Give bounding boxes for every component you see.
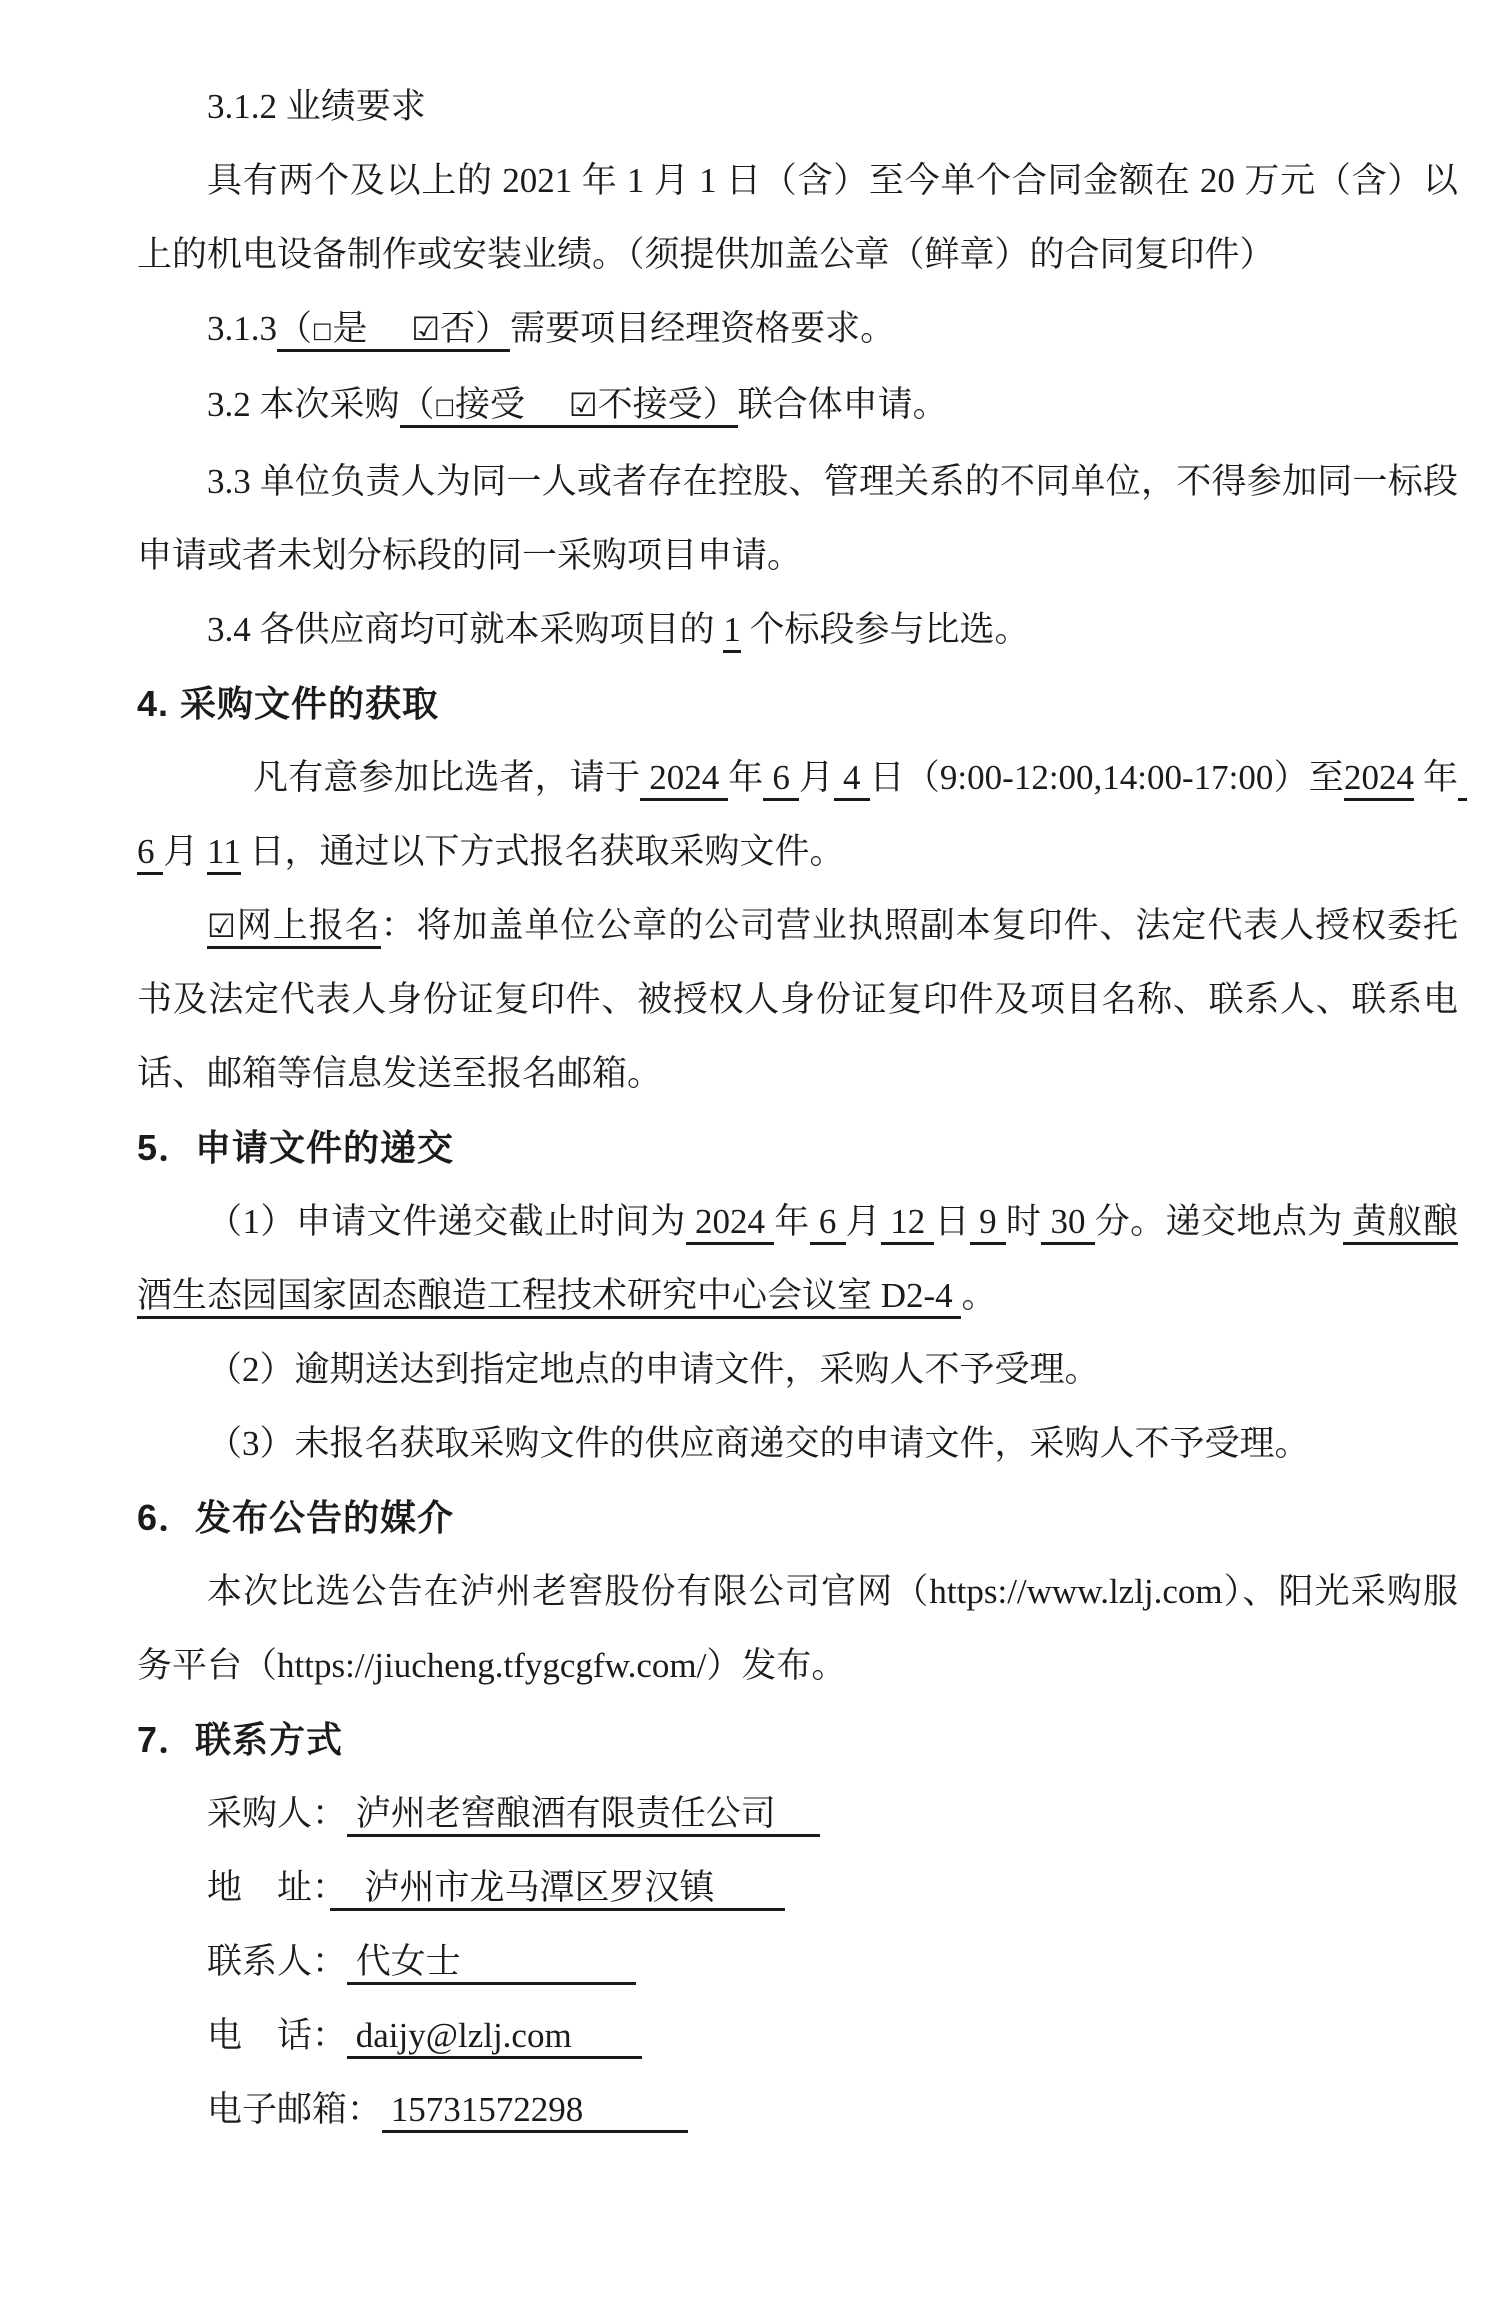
clause-3-2: 3.2 本次采购（□接受 ☑不接受）联合体申请。 (137, 368, 1458, 444)
text-run: 否） (440, 309, 510, 348)
text-run: 个标段参与比选。 (741, 610, 1030, 649)
checkbox-checked-icon: ☑ (569, 386, 598, 424)
text-run: （ (400, 385, 435, 424)
contact-email-row: 电子邮箱： 15731572298 (137, 2073, 1458, 2147)
deadline-year: 2024 (686, 1202, 774, 1245)
text-run: 联合体申请。 (738, 385, 948, 424)
phone-label: 电 话： (207, 2016, 347, 2055)
section-7-heading: 7．联系方式 (137, 1703, 1458, 1777)
text-run: 年 (1414, 758, 1458, 797)
clause-3-3: 3.3 单位负责人为同一人或者存在控股、管理关系的不同单位，不得参加同一标段申请… (137, 445, 1458, 593)
text-run: 3.1.3 (207, 309, 277, 348)
address-label: 地 址： (207, 1868, 330, 1907)
text-run: 时 (1006, 1202, 1041, 1241)
text-run: 4. 采购文件的获取 (137, 683, 439, 724)
clause-3-1-2-body: 具有两个及以上的 2021 年 1 月 1 日（含）至今单个合同金额在 20 万… (137, 144, 1458, 292)
text-run: 月 (846, 1202, 881, 1241)
checkbox-checked-icon: ☑ (207, 907, 236, 945)
address-value: 泸州市龙马潭区罗汉镇 (330, 1868, 785, 1911)
text-run: 3.4 各供应商均可就本采购项目的 (207, 610, 723, 649)
text-run: 网上报名 (236, 906, 381, 945)
text-run: 日，通过以下方式报名获取采购文件。 (241, 832, 845, 871)
section-5-item-3: （3）未报名获取采购文件的供应商递交的申请文件，采购人不予受理。 (137, 1407, 1458, 1481)
section-6-heading: 6．发布公告的媒介 (137, 1481, 1458, 1555)
section-5-item-1: （1）申请文件递交截止时间为 2024 年 6 月 12 日 9 时 30 分。… (137, 1185, 1458, 1333)
text-run: 。 (961, 1276, 996, 1315)
contact-address-row: 地 址： 泸州市龙马潭区罗汉镇 (137, 1851, 1458, 1925)
text-run: 6．发布公告的媒介 (137, 1497, 454, 1538)
registration-start-year: 2024 (640, 758, 728, 801)
text-run: 5．申请文件的递交 (137, 1127, 454, 1168)
clause-3-4: 3.4 各供应商均可就本采购项目的 1 个标段参与比选。 (137, 593, 1458, 667)
text-run: 3.1.2 业绩要求 (207, 87, 426, 126)
text-run: 3.3 单位负责人为同一人或者存在控股、管理关系的不同单位，不得参加同一标段申请… (137, 462, 1458, 575)
text-run: 月 (799, 758, 834, 797)
text-run: 分。递交地点为 (1095, 1202, 1343, 1241)
clause-3-1-3: 3.1.3（□是 ☑否）需要项目经理资格要求。 (137, 292, 1458, 368)
text-run: 3.2 本次采购 (207, 385, 400, 424)
document-page: 3.1.2 业绩要求具有两个及以上的 2021 年 1 月 1 日（含）至今单个… (0, 0, 1500, 2302)
text-run: 不接受） (598, 385, 738, 424)
text-run: 是 (333, 309, 412, 348)
section-4-body: 凡有意参加比选者，请于 2024 年 6 月 4 日（9:00-12:00,14… (137, 741, 1458, 889)
section-5-item-2: （2）逾期送达到指定地点的申请文件，采购人不予受理。 (137, 1333, 1458, 1407)
project-manager-requirement-choice: （□是 ☑否） (277, 309, 510, 352)
text-run: 需要项目经理资格要求。 (510, 309, 895, 348)
text-run: 具有两个及以上的 2021 年 1 月 1 日（含）至今单个合同金额在 20 万… (137, 161, 1458, 274)
contact-phone-row: 电 话： daijy@lzlj.com (137, 1999, 1458, 2073)
deadline-month: 6 (810, 1202, 846, 1245)
deadline-minute: 30 (1041, 1202, 1094, 1245)
online-registration-para: ☑网上报名：将加盖单位公章的公司营业执照副本复印件、法定代表人授权委托书及法定代… (137, 889, 1458, 1111)
registration-start-day: 4 (834, 758, 869, 801)
section-4-heading: 4. 采购文件的获取 (137, 667, 1458, 741)
text-run: 日 (934, 1202, 969, 1241)
contact-person-label: 联系人： (207, 1942, 347, 1981)
deadline-hour: 9 (970, 1202, 1006, 1245)
text-run: （2）逾期送达到指定地点的申请文件，采购人不予受理。 (207, 1350, 1100, 1389)
email-value: 15731572298 (382, 2090, 688, 2133)
text-run: 月 (163, 832, 207, 871)
registration-start-month: 6 (763, 758, 798, 801)
text-run: 年 (774, 1202, 809, 1241)
email-label: 电子邮箱： (207, 2090, 382, 2129)
checkbox-unchecked-icon: □ (312, 318, 333, 343)
registration-end-year: 2024 (1344, 758, 1414, 801)
text-run: 凡有意参加比选者，请于 (253, 758, 640, 797)
online-registration-label: ☑网上报名 (207, 906, 381, 949)
text-run: 本次比选公告在泸州老窖股份有限公司官网（https://www.lzlj.com… (137, 1572, 1458, 1685)
phone-value: daijy@lzlj.com (347, 2016, 642, 2059)
text-run: 日（9:00-12:00,14:00-17:00）至 (870, 758, 1345, 797)
purchaser-label: 采购人： (207, 1794, 347, 1833)
text-run: 年 (728, 758, 763, 797)
text-run: （ (277, 309, 312, 348)
purchaser-value: 泸州老窖酿酒有限责任公司 (347, 1794, 820, 1837)
deadline-day: 12 (881, 1202, 934, 1245)
text-run: 7．联系方式 (137, 1719, 343, 1760)
checkbox-checked-icon: ☑ (411, 310, 440, 348)
clause-3-1-2-title: 3.1.2 业绩要求 (137, 70, 1458, 144)
checkbox-unchecked-icon: □ (435, 395, 456, 420)
text-run: （3）未报名获取采购文件的供应商递交的申请文件，采购人不予受理。 (207, 1424, 1310, 1463)
consortium-choice: （□接受 ☑不接受） (400, 385, 738, 428)
contact-person-value: 代女士 (347, 1942, 636, 1985)
section-6-body: 本次比选公告在泸州老窖股份有限公司官网（https://www.lzlj.com… (137, 1555, 1458, 1703)
registration-end-day: 11 (207, 832, 241, 875)
lot-count-value: 1 (723, 610, 741, 653)
contact-person-row: 联系人： 代女士 (137, 1925, 1458, 1999)
section-5-heading: 5．申请文件的递交 (137, 1111, 1458, 1185)
text-run: 接受 (455, 385, 569, 424)
text-run: （1）申请文件递交截止时间为 (207, 1202, 686, 1241)
contact-purchaser-row: 采购人： 泸州老窖酿酒有限责任公司 (137, 1777, 1458, 1851)
